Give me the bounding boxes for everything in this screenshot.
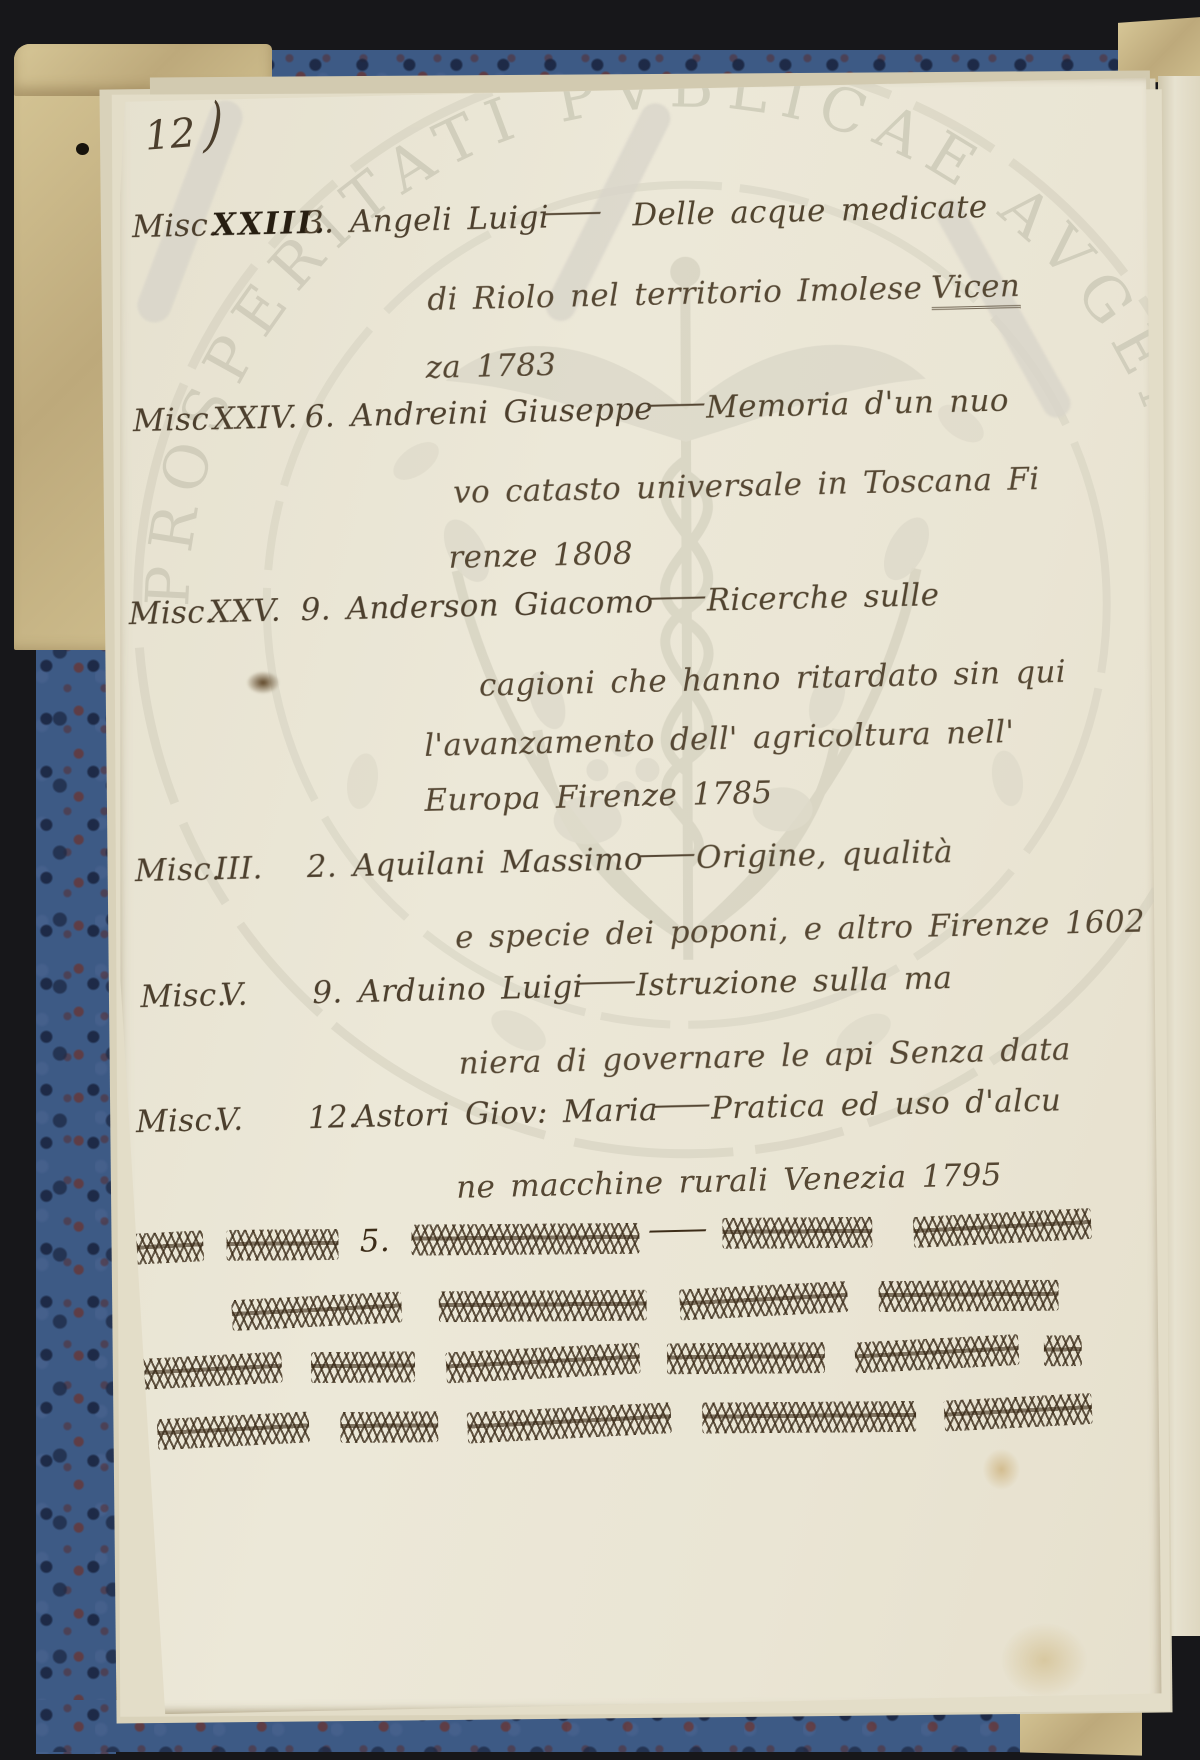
- catalog-entry-3-line-2: cagioni che hanno ritardato sin qui: [479, 655, 1067, 704]
- crossed-item-number: 5.: [359, 1223, 390, 1260]
- entry-collection: Misc.: [136, 1103, 217, 1141]
- manuscript-photo: { "page": { "number": "12", "flourish": …: [0, 0, 1200, 1760]
- entry-volume: XXV.: [208, 593, 301, 631]
- strikethrough-scribble: [467, 1402, 672, 1443]
- entry-collection: Misc.: [140, 978, 221, 1016]
- strikethrough-scribble: [703, 1401, 917, 1434]
- strikethrough-scribble: [411, 1223, 639, 1256]
- entry-collection: Misc.: [132, 208, 213, 246]
- catalog-entry-2-line-3: renze 1808: [448, 536, 633, 576]
- catalog-entry-4-head: Misc.III.2.Aquilani Massimo—Origine, qua…: [134, 835, 953, 890]
- strikethrough-scribble: [311, 1351, 415, 1383]
- entry-collection: Misc.: [128, 595, 209, 633]
- crossed-out-entry-line-2: [231, 1275, 1059, 1330]
- entry-item-number: 6.: [304, 399, 351, 436]
- photo-background: PROSPERITATI PVBLICAE AVGENDAE: [0, 0, 1200, 1760]
- entry-volume: XXIII.: [212, 206, 305, 244]
- entry-item-number: 9.: [300, 592, 347, 629]
- manuscript-page: PROSPERITATI PVBLICAE AVGENDAE: [114, 78, 1161, 1715]
- page-number: 12): [143, 111, 222, 157]
- entry-dash: —: [646, 1211, 709, 1248]
- entry-item-number: 2.: [306, 849, 353, 886]
- hyphenated-word: Vicen: [931, 268, 1021, 310]
- marbled-cover-left-edge: [36, 598, 116, 1754]
- strikethrough-scribble: [340, 1411, 438, 1443]
- catalog-entry-6-line-2: ne macchine rurali Venezia 1795: [456, 1158, 1002, 1206]
- catalog-entry-2-head: MiscXXIV.6.Andreini Giuseppe—Memoria d'u…: [133, 384, 1010, 440]
- entry-collection: Misc: [133, 402, 214, 440]
- page-stain: [1001, 1623, 1087, 1697]
- entry-volume: XXIV.: [212, 400, 305, 438]
- entry-volume: V.: [220, 976, 313, 1014]
- page-number-flourish: ): [203, 95, 225, 156]
- entry-title: Delle acque medicate: [632, 189, 988, 233]
- entry-author: Angeli Luigi: [350, 199, 550, 240]
- entry-volume: V.: [216, 1101, 309, 1139]
- strikethrough-scribble: [446, 1343, 641, 1384]
- entry-item-number: 3.: [304, 205, 351, 242]
- crossed-out-entry-head: 5. —: [121, 1207, 1092, 1265]
- entry-author: Anderson Giacomo: [346, 584, 654, 627]
- catalog-entry-6-head: Misc.V.12.Astori Giov: Maria—Pratica ed …: [136, 1083, 1062, 1140]
- catalog-entry-1-head: Misc.XXIII.3.Angeli Luigi—Delle acque me…: [132, 190, 988, 246]
- entry-item-number: 9.: [312, 975, 359, 1012]
- catalog-entry-3-line-3: l'avanzamento dell' agricoltura nell': [424, 715, 1015, 765]
- catalog-entry-1-line-3: za 1783: [425, 348, 556, 387]
- ink-blot: [247, 672, 279, 694]
- entry-collection: Misc.: [134, 852, 215, 890]
- entry-dash: —: [645, 579, 708, 616]
- crossed-out-entry-line-3: [132, 1332, 1082, 1390]
- catalog-entry-5-head: Misc.V.9.Arduino Luigi—Istruzione sulla …: [140, 961, 953, 1016]
- entry-dash: —: [645, 386, 708, 423]
- catalog-entry-2-line-2: vo catasto universale in Toscana Fi: [453, 462, 1040, 511]
- entry-item-number: 12.: [308, 1100, 355, 1137]
- catalog-entry-3-head: Misc.XXV.9.Anderson Giacomo—Ricerche sul…: [128, 578, 939, 633]
- entry-author: Astori Giov: Maria: [353, 1092, 658, 1135]
- entry-author: Andreini Giuseppe: [350, 391, 653, 434]
- ink-dot: [76, 143, 89, 155]
- entry-author: Aquilani Massimo: [352, 841, 643, 884]
- strikethrough-scribble: [157, 1411, 310, 1450]
- entry-title: Origine, qualità: [696, 834, 954, 876]
- strikethrough-scribble: [679, 1281, 848, 1321]
- catalog-entry-4-line-2: e specie dei poponi, e altro Firenze 160…: [455, 905, 1146, 957]
- entry-title: Istruzione sulla ma: [636, 960, 953, 1003]
- catalog-entry-1-line-2: di Riolo nel territorio ImoleseVicen: [427, 269, 1021, 319]
- entry-title: Pratica ed uso d'alcu: [711, 1082, 1062, 1126]
- strikethrough-scribble: [913, 1208, 1092, 1248]
- entry-dash: —: [541, 194, 604, 231]
- entry-dash: —: [635, 836, 698, 873]
- strikethrough-scribble: [667, 1342, 825, 1374]
- entry-title: Ricerche sulle: [706, 577, 939, 618]
- catalog-entry-3-line-4: Europa Firenze 1785: [424, 776, 773, 820]
- strikethrough-scribble: [879, 1280, 1059, 1312]
- strikethrough-scribble: [943, 1393, 1092, 1432]
- strikethrough-scribble: [439, 1290, 647, 1323]
- strikethrough-scribble: [227, 1229, 339, 1261]
- strikethrough-scribble: [131, 1352, 282, 1391]
- page-stain: [982, 1448, 1020, 1490]
- strikethrough-scribble: [231, 1291, 402, 1331]
- entry-title: Memoria d'un nuo: [706, 383, 1010, 426]
- entry-dash: —: [575, 963, 638, 1000]
- strikethrough-scribble: [723, 1217, 873, 1249]
- entry-volume: III.: [214, 850, 307, 888]
- crossed-out-entry-line-4: [157, 1392, 1092, 1450]
- strikethrough-scribble: [854, 1334, 1019, 1373]
- entry-author: Arduino Luigi: [358, 969, 583, 1010]
- strikethrough-scribble: [1043, 1335, 1081, 1366]
- catalog-entry-5-line-2: niera di governare le api Senza data: [458, 1032, 1071, 1082]
- entry-dash: —: [650, 1087, 713, 1124]
